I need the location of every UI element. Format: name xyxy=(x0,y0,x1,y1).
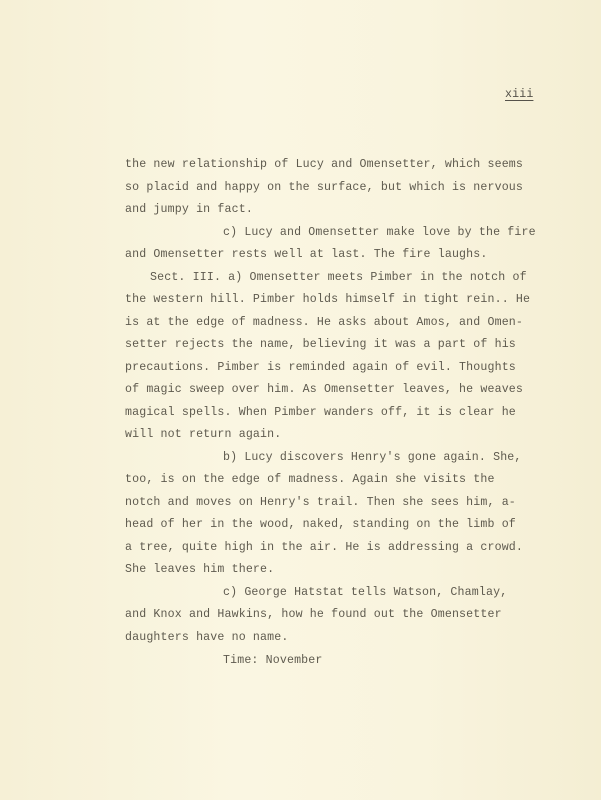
text-line: the western hill. Pimber holds himself i… xyxy=(125,293,530,307)
text-line: c) George Hatstat tells Watson, Chamlay, xyxy=(223,586,507,600)
text-line: a tree, quite high in the air. He is add… xyxy=(125,541,523,555)
text-line: is at the edge of madness. He asks about… xyxy=(125,316,523,330)
text-line: and Omensetter rests well at last. The f… xyxy=(125,248,487,262)
text-line: head of her in the wood, naked, standing… xyxy=(125,518,516,532)
text-line: c) Lucy and Omensetter make love by the … xyxy=(223,226,536,240)
time-note: Time: November xyxy=(223,654,323,668)
typescript-page: xiii the new relationship of Lucy and Om… xyxy=(0,0,601,800)
text-line: She leaves him there. xyxy=(125,563,274,577)
page-number: xiii xyxy=(505,88,533,102)
text-line: too, is on the edge of madness. Again sh… xyxy=(125,473,495,487)
text-line: notch and moves on Henry's trail. Then s… xyxy=(125,496,516,510)
text-line: and jumpy in fact. xyxy=(125,203,253,217)
text-line: setter rejects the name, believing it wa… xyxy=(125,338,516,352)
text-line: magical spells. When Pimber wanders off,… xyxy=(125,406,516,420)
text-line: and Knox and Hawkins, how he found out t… xyxy=(125,608,502,622)
text-line: will not return again. xyxy=(125,428,281,442)
text-line: of magic sweep over him. As Omensetter l… xyxy=(125,383,523,397)
text-line: so placid and happy on the surface, but … xyxy=(125,181,523,195)
text-line: the new relationship of Lucy and Omenset… xyxy=(125,158,523,172)
text-line: daughters have no name. xyxy=(125,631,288,645)
section-heading-line: Sect. III. a) Omensetter meets Pimber in… xyxy=(150,271,527,285)
text-line: b) Lucy discovers Henry's gone again. Sh… xyxy=(223,451,522,465)
text-line: precautions. Pimber is reminded again of… xyxy=(125,361,516,375)
